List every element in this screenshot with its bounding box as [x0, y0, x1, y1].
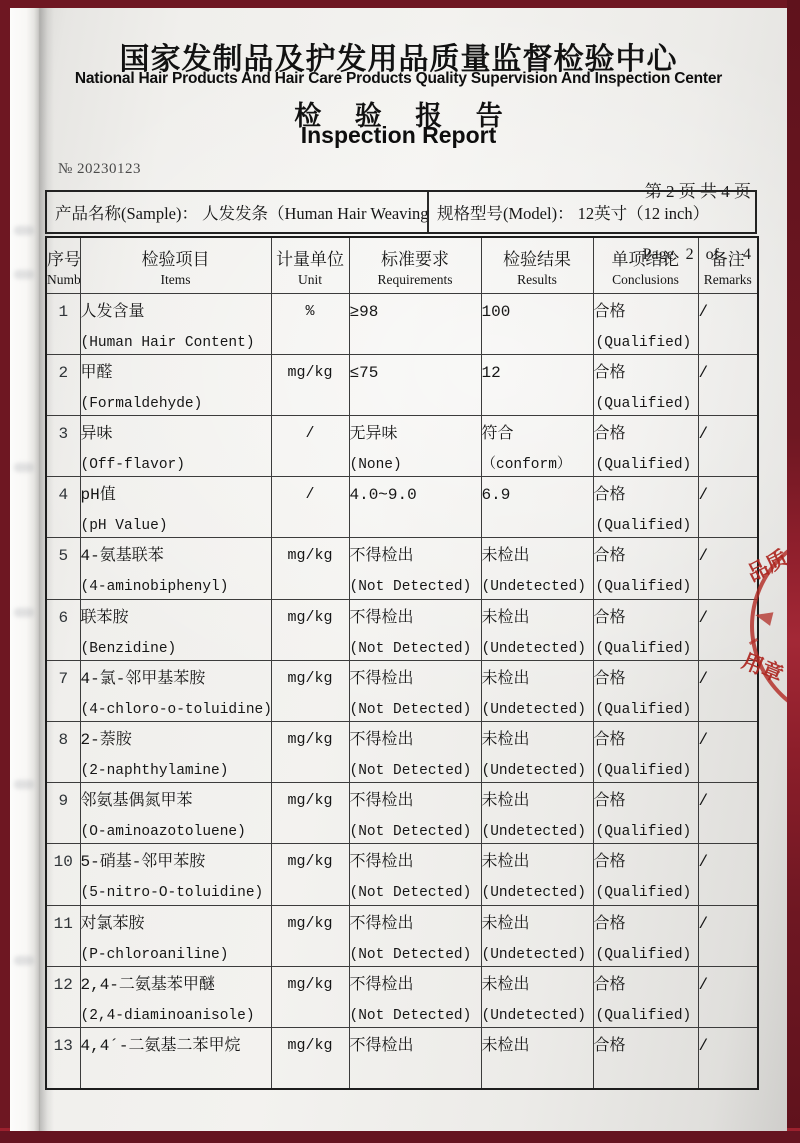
- bleed-through-smudge: [14, 956, 34, 965]
- cell-conclusion: 合格 (Qualified): [593, 293, 698, 354]
- sample-info-box: 产品名称(Sample)： 人发发条（Human Hair Weaving） 规…: [45, 190, 757, 234]
- cell-unit: mg/kg: [271, 660, 349, 721]
- cell-requirement: 不得检出 (Not Detected): [349, 844, 481, 905]
- cell-number: 9: [46, 783, 80, 844]
- cell-item: 5-硝基-邻甲苯胺 (5-nitro-O-toluidine): [80, 844, 271, 905]
- cell-requirement: 4.0~9.0: [349, 477, 481, 538]
- red-seal-fragment: 品质 用章: [737, 518, 787, 730]
- cell-number: 6: [46, 599, 80, 660]
- cell-unit: mg/kg: [271, 966, 349, 1027]
- cell-conclusion: 合格 (Qualified): [593, 722, 698, 783]
- table-row: 10 5-硝基-邻甲苯胺 (5-nitro-O-toluidine) mg/kg…: [46, 844, 758, 905]
- cell-number: 10: [46, 844, 80, 905]
- cell-remark: /: [698, 783, 758, 844]
- cell-result: 未检出 (Undetected): [481, 538, 593, 599]
- cell-item: 对氯苯胺 (P-chloroaniline): [80, 905, 271, 966]
- page-fold-strip: [10, 8, 40, 1131]
- table-header-row: 序号 Number 检验项目 Items 计量单位 Unit 标准要求 Requ…: [46, 237, 758, 293]
- cell-remark: /: [698, 1028, 758, 1089]
- cell-result: 未检出 (Undetected): [481, 905, 593, 966]
- col-header-results: 检验结果 Results: [481, 237, 593, 293]
- cell-conclusion: 合格 (Qualified): [593, 477, 698, 538]
- cell-conclusion: 合格 (Qualified): [593, 538, 698, 599]
- table-row: 1 人发含量 (Human Hair Content) % ≥98 100 合格…: [46, 293, 758, 354]
- model-label: 规格型号(Model)：: [437, 200, 574, 224]
- cell-conclusion: 合格 (Qualified): [593, 905, 698, 966]
- cell-number: 8: [46, 722, 80, 783]
- bleed-through-smudge: [14, 463, 34, 472]
- book-cover-edge-right: [787, 0, 800, 1143]
- cell-conclusion: 合格 (Qualified): [593, 844, 698, 905]
- cell-result: 未检出 (Undetected): [481, 783, 593, 844]
- cell-unit: mg/kg: [271, 783, 349, 844]
- sample-name-cell: 产品名称(Sample)： 人发发条（Human Hair Weaving）: [47, 192, 429, 232]
- cell-item: 4-氯-邻甲基苯胺 (4-chloro-o-toluidine): [80, 660, 271, 721]
- report-paper: 国家发制品及护发用品质量监督检验中心 National Hair Product…: [10, 8, 787, 1131]
- cell-item: 4-氨基联苯 (4-aminobiphenyl): [80, 538, 271, 599]
- center-name-en: National Hair Products And Hair Care Pro…: [10, 70, 787, 88]
- cell-requirement: 不得检出 (Not Detected): [349, 966, 481, 1027]
- cell-result: 12: [481, 354, 593, 415]
- table-row: 7 4-氯-邻甲基苯胺 (4-chloro-o-toluidine) mg/kg…: [46, 660, 758, 721]
- cell-unit: mg/kg: [271, 599, 349, 660]
- cell-conclusion: 合格 (Qualified): [593, 599, 698, 660]
- col-header-number: 序号 Number: [46, 237, 80, 293]
- col-header-unit: 计量单位 Unit: [271, 237, 349, 293]
- cell-unit: mg/kg: [271, 538, 349, 599]
- cell-remark: /: [698, 293, 758, 354]
- cell-item: pH值 (pH Value): [80, 477, 271, 538]
- cell-result: 6.9: [481, 477, 593, 538]
- cell-number: 3: [46, 415, 80, 476]
- cell-result: 未检出 (Undetected): [481, 966, 593, 1027]
- table-row: 4 pH值 (pH Value) / 4.0~9.0 6.9 合格 (Quali…: [46, 477, 758, 538]
- sample-name-value: 人发发条（Human Hair Weaving）: [202, 200, 429, 224]
- cell-requirement: 不得检出 (Not Detected): [349, 722, 481, 783]
- cell-requirement: 不得检出 (Not Detected): [349, 905, 481, 966]
- table-row: 6 联苯胺 (Benzidine) mg/kg 不得检出 (Not Detect…: [46, 599, 758, 660]
- bleed-through-smudge: [14, 608, 34, 617]
- cell-unit: /: [271, 477, 349, 538]
- cell-item: 异味 (Off-flavor): [80, 415, 271, 476]
- cell-unit: %: [271, 293, 349, 354]
- cell-item: 4,4´-二氨基二苯甲烷: [80, 1028, 271, 1089]
- table-row: 5 4-氨基联苯 (4-aminobiphenyl) mg/kg 不得检出 (N…: [46, 538, 758, 599]
- cell-requirement: 不得检出 (Not Detected): [349, 660, 481, 721]
- cell-result: 未检出 (Undetected): [481, 660, 593, 721]
- cell-requirement: 不得检出 (Not Detected): [349, 538, 481, 599]
- cell-item: 2,4-二氨基苯甲醚 (2,4-diaminoanisole): [80, 966, 271, 1027]
- cell-result: 未检出: [481, 1028, 593, 1089]
- report-number: № 20230123: [58, 161, 141, 178]
- cell-number: 12: [46, 966, 80, 1027]
- table-row: 3 异味 (Off-flavor) / 无异味 (None) 符合 （confo…: [46, 415, 758, 476]
- bleed-through-smudge: [14, 270, 34, 279]
- cell-number: 1: [46, 293, 80, 354]
- cell-result: 符合 （conform）: [481, 415, 593, 476]
- cell-remark: /: [698, 844, 758, 905]
- cell-unit: mg/kg: [271, 722, 349, 783]
- inspection-results-table: 序号 Number 检验项目 Items 计量单位 Unit 标准要求 Requ…: [45, 236, 759, 1090]
- cell-conclusion: 合格 (Qualified): [593, 415, 698, 476]
- col-header-items: 检验项目 Items: [80, 237, 271, 293]
- cell-item: 邻氨基偶氮甲苯 (O-aminoazotoluene): [80, 783, 271, 844]
- col-header-conclusions: 单项结论 Conclusions: [593, 237, 698, 293]
- cell-number: 11: [46, 905, 80, 966]
- cell-unit: mg/kg: [271, 844, 349, 905]
- bleed-through-smudge: [14, 226, 34, 235]
- cell-conclusion: 合格 (Qualified): [593, 783, 698, 844]
- cell-item: 联苯胺 (Benzidine): [80, 599, 271, 660]
- cell-unit: mg/kg: [271, 905, 349, 966]
- table-row: 8 2-萘胺 (2-naphthylamine) mg/kg 不得检出 (Not…: [46, 722, 758, 783]
- cell-conclusion: 合格 (Qualified): [593, 966, 698, 1027]
- cell-requirement: 不得检出 (Not Detected): [349, 599, 481, 660]
- cell-number: 2: [46, 354, 80, 415]
- cell-requirement: ≤75: [349, 354, 481, 415]
- cell-conclusion: 合格: [593, 1028, 698, 1089]
- cell-remark: /: [698, 966, 758, 1027]
- table-row: 11 对氯苯胺 (P-chloroaniline) mg/kg 不得检出 (No…: [46, 905, 758, 966]
- cell-remark: /: [698, 722, 758, 783]
- col-header-remarks: 备注 Remarks: [698, 237, 758, 293]
- cell-remark: /: [698, 905, 758, 966]
- cell-result: 未检出 (Undetected): [481, 599, 593, 660]
- model-value: 12英寸（12 inch）: [578, 200, 710, 224]
- cell-remark: /: [698, 354, 758, 415]
- cell-unit: /: [271, 415, 349, 476]
- cell-unit: mg/kg: [271, 1028, 349, 1089]
- table-row: 9 邻氨基偶氮甲苯 (O-aminoazotoluene) mg/kg 不得检出…: [46, 783, 758, 844]
- cell-number: 4: [46, 477, 80, 538]
- cell-number: 5: [46, 538, 80, 599]
- scanned-report-page: 国家发制品及护发用品质量监督检验中心 National Hair Product…: [0, 0, 800, 1143]
- table-row: 12 2,4-二氨基苯甲醚 (2,4-diaminoanisole) mg/kg…: [46, 966, 758, 1027]
- model-cell: 规格型号(Model)： 12英寸（12 inch）: [429, 192, 755, 232]
- cell-unit: mg/kg: [271, 354, 349, 415]
- cell-result: 未检出 (Undetected): [481, 722, 593, 783]
- cell-number: 7: [46, 660, 80, 721]
- cell-result: 未检出 (Undetected): [481, 844, 593, 905]
- cell-conclusion: 合格 (Qualified): [593, 354, 698, 415]
- cell-number: 13: [46, 1028, 80, 1089]
- cell-requirement: 不得检出: [349, 1028, 481, 1089]
- bleed-through-smudge: [14, 780, 34, 789]
- cell-conclusion: 合格 (Qualified): [593, 660, 698, 721]
- cell-remark: /: [698, 415, 758, 476]
- cell-requirement: 不得检出 (Not Detected): [349, 783, 481, 844]
- col-header-requirements: 标准要求 Requirements: [349, 237, 481, 293]
- cell-item: 人发含量 (Human Hair Content): [80, 293, 271, 354]
- sample-name-label: 产品名称(Sample)：: [55, 200, 198, 224]
- cell-result: 100: [481, 293, 593, 354]
- cell-item: 甲醛 (Formaldehyde): [80, 354, 271, 415]
- table-row: 13 4,4´-二氨基二苯甲烷 mg/kg 不得检出 未检出 合格: [46, 1028, 758, 1089]
- table-row: 2 甲醛 (Formaldehyde) mg/kg ≤75 12 合格 (Qua…: [46, 354, 758, 415]
- cell-requirement: ≥98: [349, 293, 481, 354]
- cell-item: 2-萘胺 (2-naphthylamine): [80, 722, 271, 783]
- cell-requirement: 无异味 (None): [349, 415, 481, 476]
